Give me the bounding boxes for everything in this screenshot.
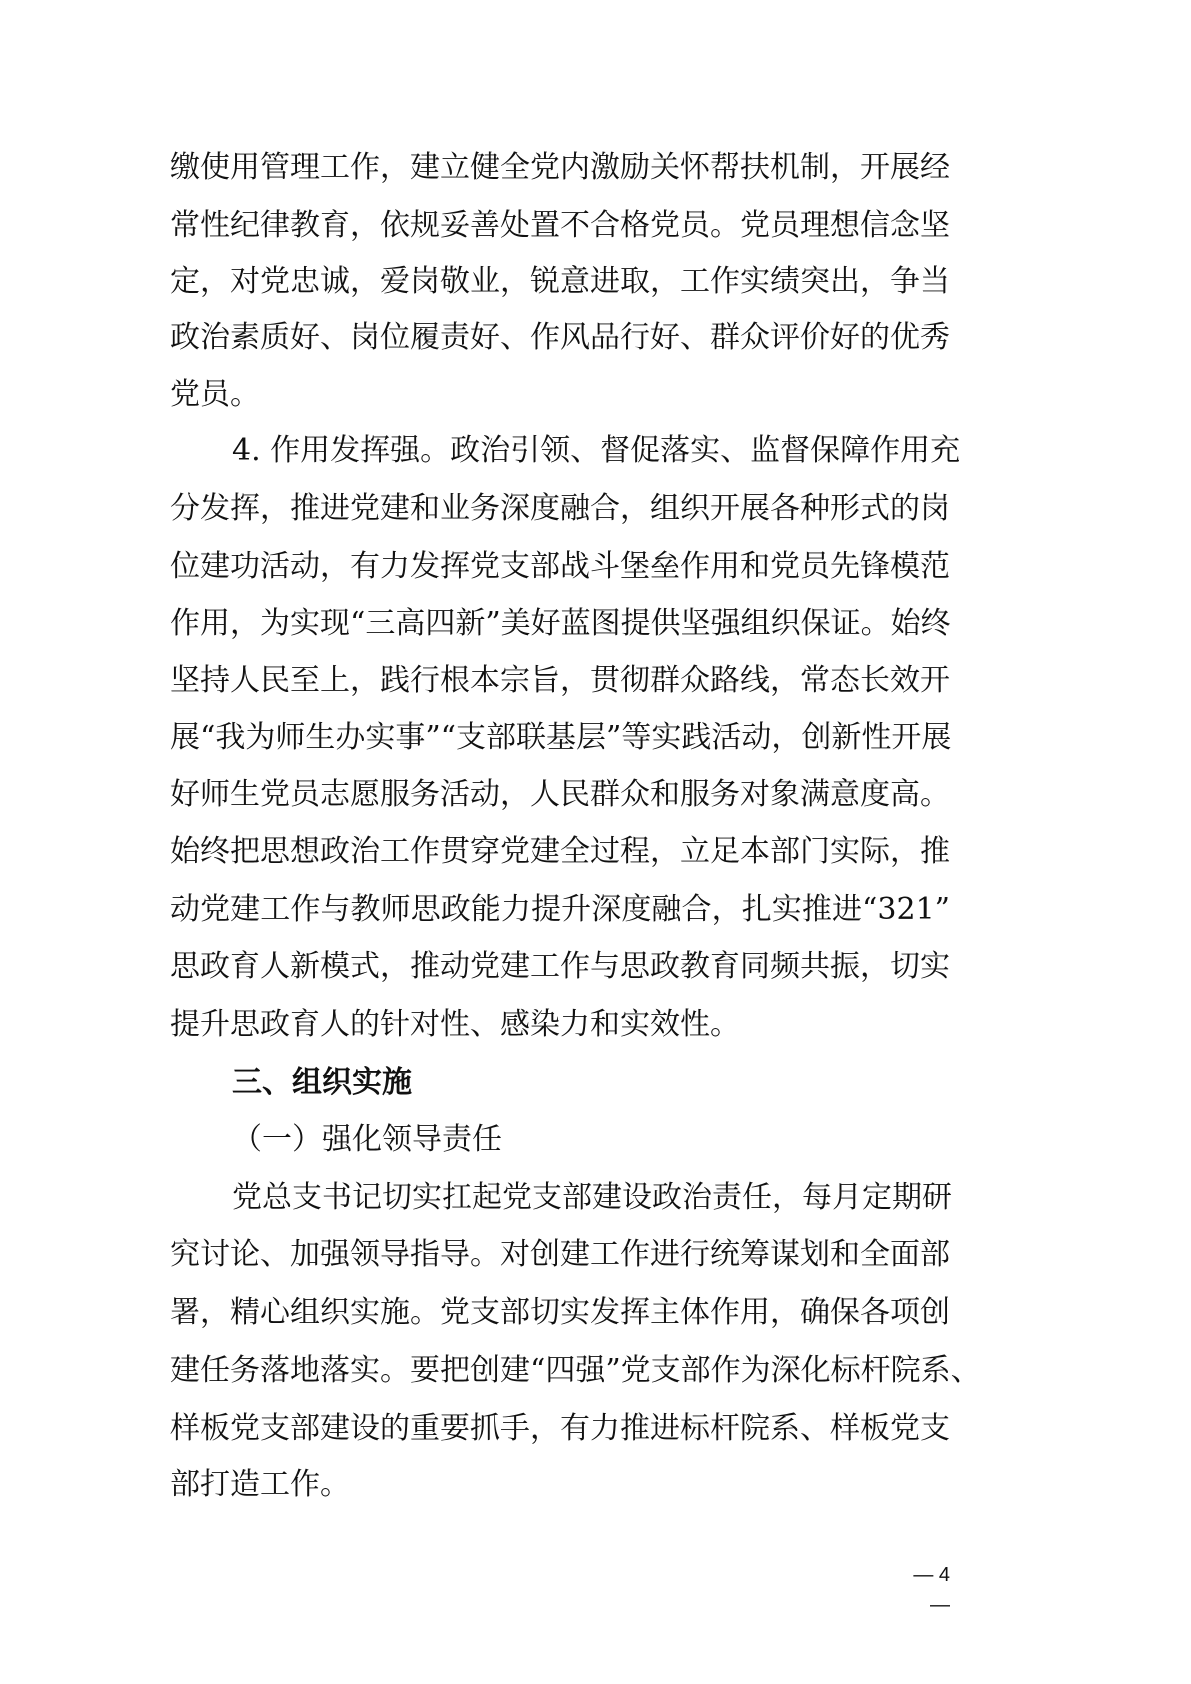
text-line: 思政育人新模式，推动党建工作与思政教育同频共振，切实 <box>170 947 950 987</box>
text-line: 样板党支部建设的重要抓手，有力推进标杆院系、样板党支 <box>170 1409 950 1449</box>
text-line: （一）强化领导责任 <box>232 1120 950 1160</box>
text-line: 位建功活动，有力发挥党支部战斗堡垒作用和党员先锋模范 <box>170 547 950 587</box>
section-heading: 三、组织实施 <box>232 1063 950 1103</box>
text-line: 部打造工作。 <box>170 1465 950 1505</box>
text-line: 常性纪律教育，依规妥善处置不合格党员。党员理想信念坚 <box>170 206 950 246</box>
text-line: 建任务落地落实。要把创建“四强”党支部作为深化标杆院系、 <box>170 1351 950 1391</box>
text-line: 党总支书记切实扛起党支部建设政治责任，每月定期研 <box>232 1178 950 1218</box>
page-number: — 4 — <box>890 1560 950 1590</box>
text-line: 4. 作用发挥强。政治引领、督促落实、监督保障作用充 <box>232 431 950 471</box>
text-line: 始终把思想政治工作贯穿党建全过程，立足本部门实际，推 <box>170 832 950 872</box>
text-line: 政治素质好、岗位履责好、作风品行好、群众评价好的优秀 <box>170 318 950 358</box>
text-line: 好师生党员志愿服务活动，人民群众和服务对象满意度高。 <box>170 775 950 815</box>
text-line: 作用，为实现“三高四新”美好蓝图提供坚强组织保证。始终 <box>170 604 950 644</box>
text-line: 缴使用管理工作，建立健全党内激励关怀帮扶机制，开展经 <box>170 148 950 188</box>
text-line: 提升思政育人的针对性、感染力和实效性。 <box>170 1005 950 1045</box>
document-page: — 4 — 缴使用管理工作，建立健全党内激励关怀帮扶机制，开展经常性纪律教育，依… <box>0 0 1191 1684</box>
text-line: 署，精心组织实施。党支部切实发挥主体作用，确保各项创 <box>170 1293 950 1333</box>
text-line: 动党建工作与教师思政能力提升深度融合，扎实推进“321” <box>170 890 950 930</box>
text-line: 究讨论、加强领导指导。对创建工作进行统筹谋划和全面部 <box>170 1235 950 1275</box>
text-line: 展“我为师生办实事”“支部联基层”等实践活动，创新性开展 <box>170 718 950 758</box>
text-line: 坚持人民至上，践行根本宗旨，贯彻群众路线，常态长效开 <box>170 661 950 701</box>
text-line: 分发挥，推进党建和业务深度融合，组织开展各种形式的岗 <box>170 489 950 529</box>
text-line: 党员。 <box>170 375 950 415</box>
text-line: 定，对党忠诚，爱岗敬业，锐意进取，工作实绩突出，争当 <box>170 262 950 302</box>
